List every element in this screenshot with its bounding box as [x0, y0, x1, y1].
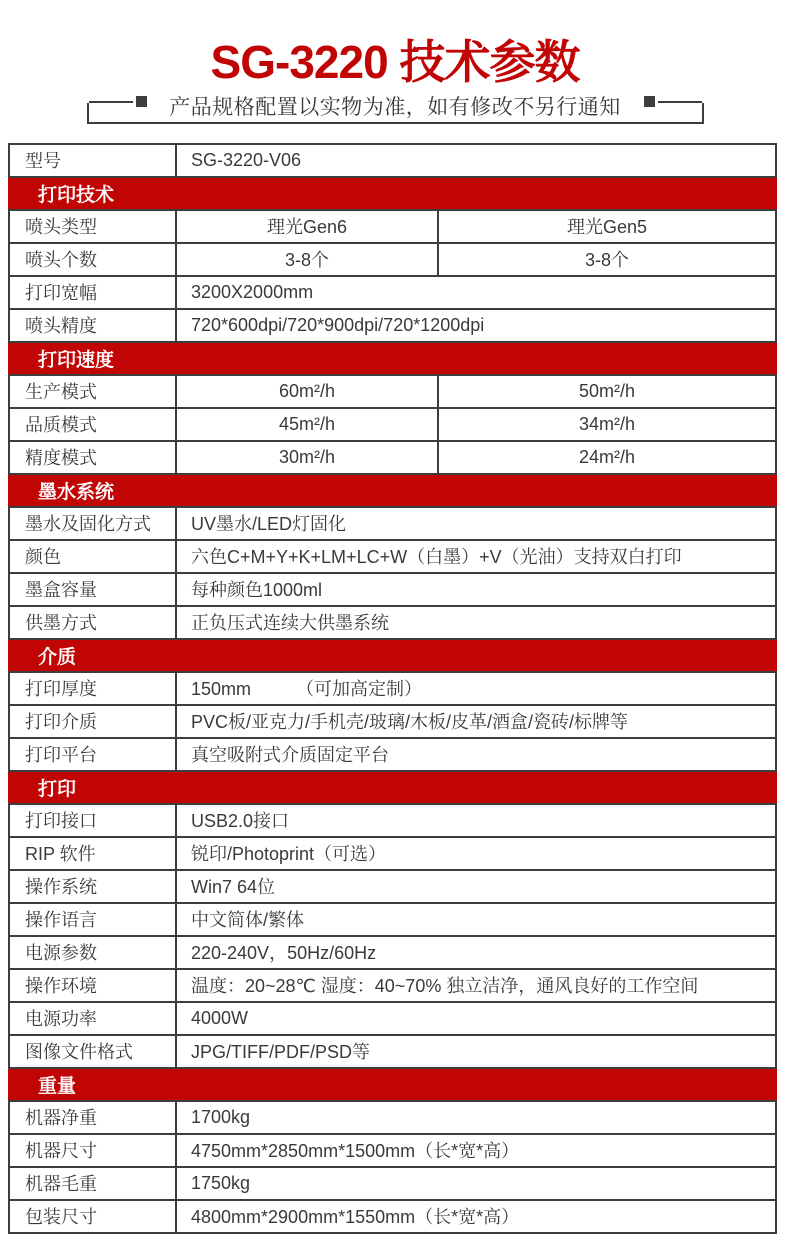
row-label: RIP 软件 [10, 838, 177, 869]
row-value: UV墨水/LED灯固化 [177, 508, 775, 539]
table-row: 生产模式60m²/h50m²/h [8, 376, 777, 409]
row-value: 3200X2000mm [177, 277, 775, 308]
table-row: 墨水及固化方式UV墨水/LED灯固化 [8, 508, 777, 541]
row-value: 4750mm*2850mm*1500mm（长*宽*高） [177, 1135, 775, 1166]
row-value-col2: 50m²/h [439, 376, 775, 407]
row-value-col1: 60m²/h [177, 376, 439, 407]
row-value: 4000W [177, 1003, 775, 1034]
row-label: 电源功率 [10, 1003, 177, 1034]
table-row: 打印厚度150mm （可加高定制） [8, 673, 777, 706]
row-value: PVC板/亚克力/手机壳/玻璃/木板/皮革/酒盒/瓷砖/标牌等 [177, 706, 775, 737]
row-value: 4800mm*2900mm*1550mm（长*宽*高） [177, 1201, 775, 1232]
subtitle-bracket: 产品规格配置以实物为准，如有修改不另行通知 [87, 103, 704, 124]
row-value: USB2.0接口 [177, 805, 775, 836]
row-value: 温度：20~28℃ 湿度：40~70% 独立洁净，通风良好的工作空间 [177, 970, 775, 1001]
row-value-col1: 3-8个 [177, 244, 439, 275]
row-label: 操作语言 [10, 904, 177, 935]
table-row: 打印接口USB2.0接口 [8, 805, 777, 838]
row-value: 720*600dpi/720*900dpi/720*1200dpi [177, 310, 775, 341]
row-label: 打印介质 [10, 706, 177, 737]
row-label: 喷头精度 [10, 310, 177, 341]
row-value-col2: 34m²/h [439, 409, 775, 440]
row-label: 机器净重 [10, 1102, 177, 1133]
row-value-col1: 理光Gen6 [177, 211, 439, 242]
section-title: 打印速度 [38, 345, 114, 372]
row-label: 包装尺寸 [10, 1201, 177, 1232]
row-value: 220-240V，50Hz/60Hz [177, 937, 775, 968]
row-label: 颜色 [10, 541, 177, 572]
row-label: 打印平台 [10, 739, 177, 770]
row-value-col2: 理光Gen5 [439, 211, 775, 242]
row-label: 生产模式 [10, 376, 177, 407]
row-value-col1: 45m²/h [177, 409, 439, 440]
table-row: 喷头个数3-8个3-8个 [8, 244, 777, 277]
section-title: 重量 [38, 1071, 76, 1098]
table-row: 操作环境温度：20~28℃ 湿度：40~70% 独立洁净，通风良好的工作空间 [8, 970, 777, 1003]
table-row: 打印宽幅3200X2000mm [8, 277, 777, 310]
table-row: 电源功率4000W [8, 1003, 777, 1036]
row-label: 操作环境 [10, 970, 177, 1001]
table-row: 机器毛重1750kg [8, 1168, 777, 1201]
row-value: 真空吸附式介质固定平台 [177, 739, 775, 770]
table-row: 机器净重1700kg [8, 1102, 777, 1135]
spec-table: 型号SG-3220-V06打印技术喷头类型理光Gen6理光Gen5喷头个数3-8… [8, 143, 777, 1234]
table-row: 打印平台真空吸附式介质固定平台 [8, 739, 777, 772]
table-row: 精度模式30m²/h24m²/h [8, 442, 777, 475]
row-label: 墨盒容量 [10, 574, 177, 605]
row-label: 电源参数 [10, 937, 177, 968]
section-title: 打印技术 [38, 180, 114, 207]
row-label: 打印宽幅 [10, 277, 177, 308]
section-title: 介质 [38, 642, 76, 669]
page-root: { "page": { "title": "SG-3220 技术参数", "su… [0, 0, 790, 1251]
table-row: 颜色六色C+M+Y+K+LM+LC+W（白墨）+V（光油）支持双白打印 [8, 541, 777, 574]
row-value: Win7 64位 [177, 871, 775, 902]
table-row: 型号SG-3220-V06 [8, 145, 777, 178]
row-value-col2: 3-8个 [439, 244, 775, 275]
table-row: 品质模式45m²/h34m²/h [8, 409, 777, 442]
table-row: 喷头类型理光Gen6理光Gen5 [8, 211, 777, 244]
section-title: 墨水系统 [38, 477, 114, 504]
table-row: 操作系统Win7 64位 [8, 871, 777, 904]
section-header-row: 介质 [8, 640, 777, 673]
row-label: 图像文件格式 [10, 1036, 177, 1067]
row-label: 喷头类型 [10, 211, 177, 242]
row-value: 锐印/Photoprint（可选） [177, 838, 775, 869]
row-value: 六色C+M+Y+K+LM+LC+W（白墨）+V（光油）支持双白打印 [177, 541, 775, 572]
row-value: 中文简体/繁体 [177, 904, 775, 935]
row-value-col2: 24m²/h [439, 442, 775, 473]
table-row: RIP 软件锐印/Photoprint（可选） [8, 838, 777, 871]
row-value: JPG/TIFF/PDF/PSD等 [177, 1036, 775, 1067]
section-header-row: 打印 [8, 772, 777, 805]
table-row: 包装尺寸4800mm*2900mm*1550mm（长*宽*高） [8, 1201, 777, 1234]
section-header-row: 打印技术 [8, 178, 777, 211]
row-value: 1700kg [177, 1102, 775, 1133]
page-title: SG-3220 技术参数 [0, 0, 790, 88]
row-value-col1: 30m²/h [177, 442, 439, 473]
section-header-row: 墨水系统 [8, 475, 777, 508]
table-row: 电源参数220-240V，50Hz/60Hz [8, 937, 777, 970]
row-value: 正负压式连续大供墨系统 [177, 607, 775, 638]
row-value: 150mm （可加高定制） [177, 673, 775, 704]
table-row: 打印介质PVC板/亚克力/手机壳/玻璃/木板/皮革/酒盒/瓷砖/标牌等 [8, 706, 777, 739]
row-label: 喷头个数 [10, 244, 177, 275]
table-row: 喷头精度720*600dpi/720*900dpi/720*1200dpi [8, 310, 777, 343]
table-row: 供墨方式正负压式连续大供墨系统 [8, 607, 777, 640]
row-value: 每种颜色1000ml [177, 574, 775, 605]
row-label: 机器尺寸 [10, 1135, 177, 1166]
section-header-row: 打印速度 [8, 343, 777, 376]
table-row: 机器尺寸4750mm*2850mm*1500mm（长*宽*高） [8, 1135, 777, 1168]
row-label: 打印厚度 [10, 673, 177, 704]
row-label: 墨水及固化方式 [10, 508, 177, 539]
row-label: 精度模式 [10, 442, 177, 473]
row-label: 供墨方式 [10, 607, 177, 638]
row-label: 打印接口 [10, 805, 177, 836]
section-title: 打印 [38, 774, 76, 801]
row-value: SG-3220-V06 [177, 145, 775, 176]
table-row: 图像文件格式JPG/TIFF/PDF/PSD等 [8, 1036, 777, 1069]
row-label: 操作系统 [10, 871, 177, 902]
section-header-row: 重量 [8, 1069, 777, 1102]
table-row: 操作语言中文简体/繁体 [8, 904, 777, 937]
page-subtitle: 产品规格配置以实物为准，如有修改不另行通知 [89, 91, 702, 121]
row-value: 1750kg [177, 1168, 775, 1199]
row-label: 品质模式 [10, 409, 177, 440]
table-row: 墨盒容量每种颜色1000ml [8, 574, 777, 607]
row-label: 机器毛重 [10, 1168, 177, 1199]
row-label: 型号 [10, 145, 177, 176]
